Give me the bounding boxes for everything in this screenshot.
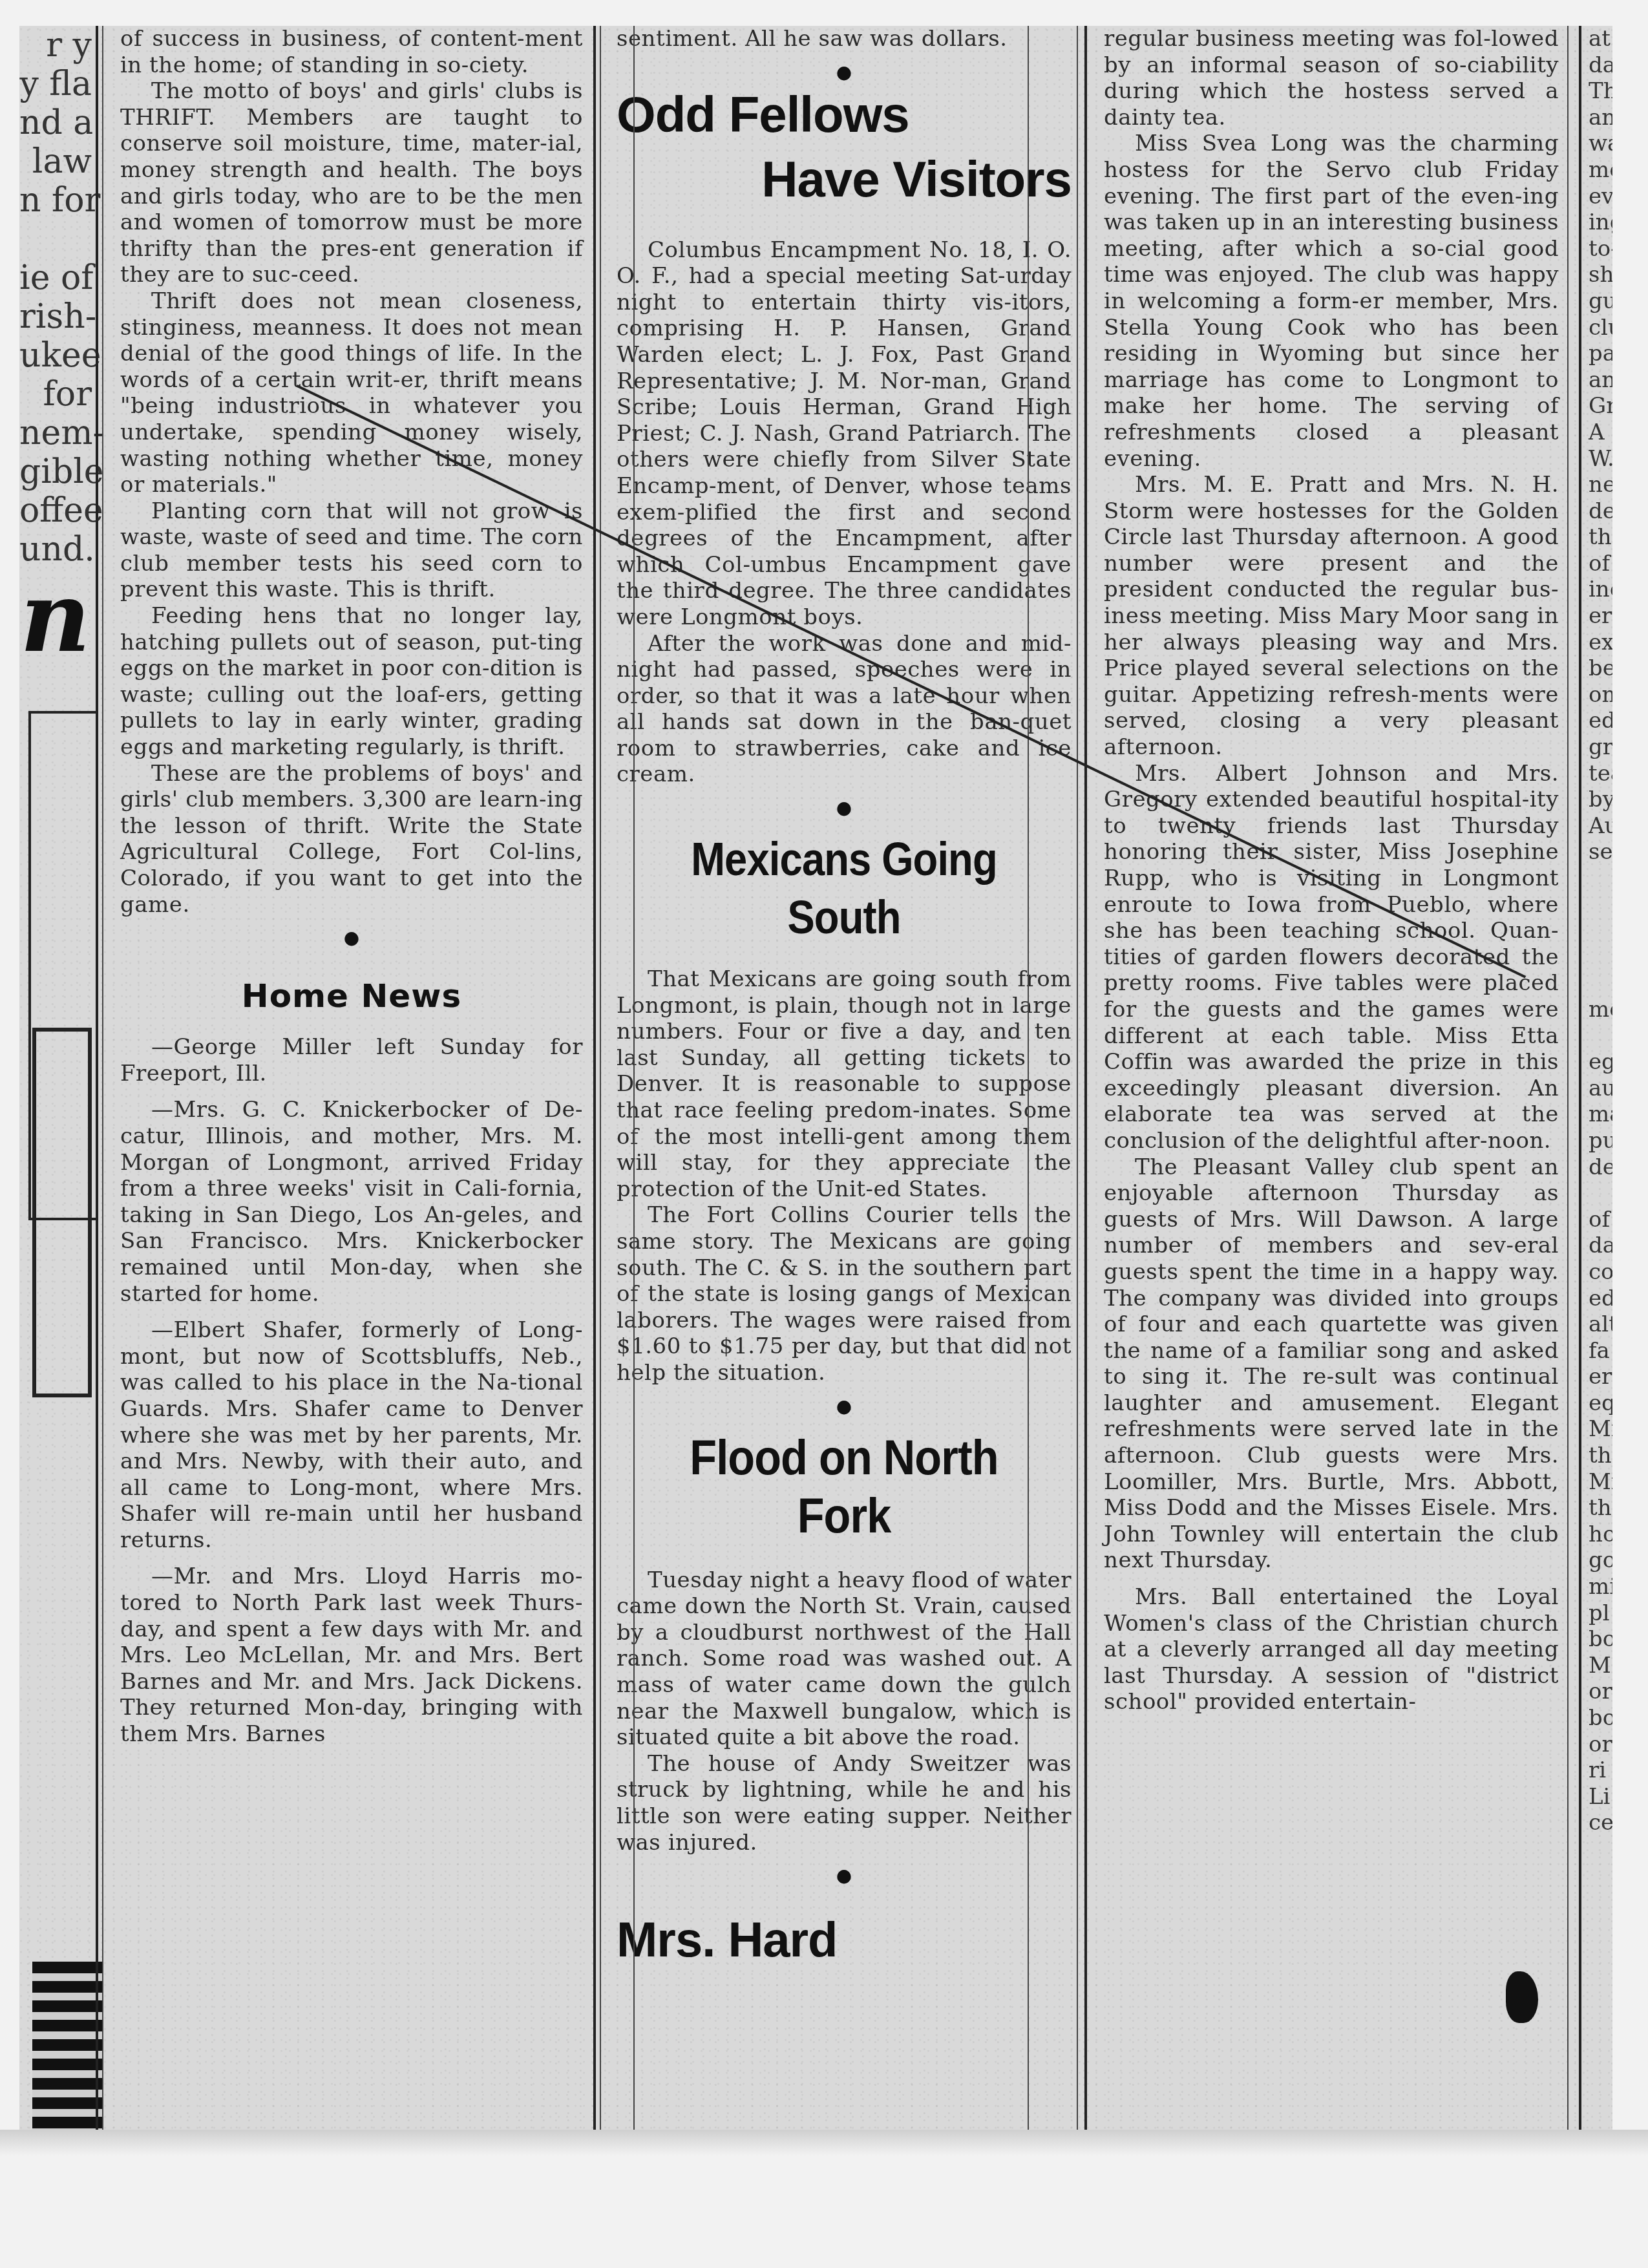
column-rule bbox=[1084, 26, 1087, 2130]
column-1: of success in business, of content-ment … bbox=[109, 26, 595, 2130]
fragment-line bbox=[1583, 1023, 1612, 1050]
decorative-letter: n bbox=[19, 569, 97, 666]
fragment-line: tea bbox=[1583, 761, 1612, 787]
fragment-line: r y bbox=[19, 26, 97, 65]
column-rule bbox=[1077, 26, 1078, 2130]
fragment-line: W. bbox=[1583, 446, 1612, 472]
column-rule bbox=[1579, 26, 1581, 2130]
fragment-line bbox=[19, 220, 97, 259]
news-item: —George Miller left Sunday for Freeport,… bbox=[120, 1034, 583, 1086]
fragment-line: om bbox=[1583, 682, 1612, 708]
headline-odd-fellows: Odd Fellows bbox=[617, 82, 1072, 147]
fragment-line: ine bbox=[1583, 577, 1612, 603]
article-paragraph: Mrs. M. E. Pratt and Mrs. N. H. Storm we… bbox=[1104, 472, 1559, 761]
fragment-line: clu bbox=[1583, 315, 1612, 341]
fragment-line: or bbox=[1583, 1679, 1612, 1705]
fragment-line: ukee bbox=[19, 336, 97, 375]
fragment-line: nem- bbox=[19, 414, 97, 452]
column-3: regular business meeting was fol-lowed b… bbox=[1092, 26, 1570, 2130]
fragment-line: ing bbox=[1583, 209, 1612, 236]
fragment-line: wa bbox=[1583, 131, 1612, 157]
column-rule bbox=[96, 26, 98, 2130]
fragment-line: ho bbox=[1583, 1521, 1612, 1548]
fragment-line: er's bbox=[1583, 603, 1612, 630]
right-fragment-column: atdayThandwameeveingto-shogueclupaandGre… bbox=[1583, 26, 1612, 2130]
fragment-line: and bbox=[1583, 105, 1612, 131]
fragment-line: for bbox=[19, 375, 97, 414]
fragment-line: ber bbox=[1583, 655, 1612, 682]
section-separator-dot: ● bbox=[120, 928, 583, 948]
fragment-line: y fla bbox=[19, 65, 97, 103]
fragment-line: eve bbox=[1583, 184, 1612, 210]
section-heading-home-news: Home News bbox=[120, 977, 583, 1015]
fragment-line: gue bbox=[1583, 288, 1612, 315]
fragment-line: nel bbox=[1583, 472, 1612, 498]
fragment-line: of t bbox=[1583, 551, 1612, 577]
fragment-line: day bbox=[1583, 52, 1612, 79]
greek-key-border bbox=[32, 1962, 103, 2130]
fragment-line: ri bbox=[1583, 1757, 1612, 1784]
fragment-line: go bbox=[1583, 1547, 1612, 1574]
newspaper-scan: r yy fland alawn for ie ofrish-ukeeforne… bbox=[19, 26, 1612, 2130]
fragment-line: of bbox=[1583, 1207, 1612, 1233]
section-separator-dot: ● bbox=[617, 63, 1072, 82]
fragment-line: con bbox=[1583, 1259, 1612, 1286]
article-paragraph: Miss Svea Long was the charming hostess … bbox=[1104, 131, 1559, 472]
news-item: —Elbert Shafer, formerly of Long-mont, b… bbox=[120, 1317, 583, 1553]
headline-have-visitors: Have Visitors bbox=[617, 147, 1072, 211]
continued-text: regular business meeting was fol-lowed b… bbox=[1104, 26, 1559, 131]
fragment-line: Li bbox=[1583, 1784, 1612, 1810]
fragment-line: nd a bbox=[19, 103, 97, 142]
left-fragment-lines: r yy fland alawn for ie ofrish-ukeeforne… bbox=[19, 26, 97, 569]
fragment-line: and bbox=[1583, 367, 1612, 394]
column-2: sentiment. All he saw was dollars. ● Odd… bbox=[605, 26, 1083, 2130]
fragment-line: pl bbox=[1583, 1600, 1612, 1627]
article-paragraph: Mrs. Ball entertained the Loyal Women's … bbox=[1104, 1584, 1559, 1715]
column-rule bbox=[600, 26, 601, 2130]
fragment-line: sho bbox=[1583, 262, 1612, 288]
fragment-line: th bbox=[1583, 1495, 1612, 1521]
section-separator-dot: ● bbox=[617, 1397, 1072, 1416]
fragment-line bbox=[1583, 1180, 1612, 1207]
fragment-line: ce bbox=[1583, 1810, 1612, 1836]
fragment-line: der bbox=[1583, 498, 1612, 525]
fragment-line: gible bbox=[19, 452, 97, 491]
fragment-line: law bbox=[19, 142, 97, 181]
right-fragment-lines: atdayThandwameeveingto-shogueclupaandGre… bbox=[1583, 26, 1612, 1836]
fragment-line: Mi bbox=[1583, 1416, 1612, 1443]
fragment-line: exe bbox=[1583, 630, 1612, 656]
fragment-line: da bbox=[1583, 1233, 1612, 1259]
article-paragraph: These are the problems of boys' and girl… bbox=[120, 761, 583, 918]
article-paragraph: Mrs. Albert Johnson and Mrs. Gregory ext… bbox=[1104, 761, 1559, 1154]
fragment-line: alt bbox=[1583, 1311, 1612, 1338]
page-edge-shadow bbox=[0, 2130, 1648, 2156]
headline-mexicans-going-south: Mexicans Going South bbox=[644, 831, 1044, 947]
news-item: —Mr. and Mrs. Lloyd Harris mo-tored to N… bbox=[120, 1563, 583, 1747]
article-paragraph: Thrift does not mean closeness, stingine… bbox=[120, 288, 583, 498]
article-paragraph: The motto of boys' and girls' clubs is T… bbox=[120, 78, 583, 288]
fragment-line: Th bbox=[1583, 78, 1612, 105]
fragment-line: me bbox=[1583, 997, 1612, 1023]
fragment-line: fa bbox=[1583, 1338, 1612, 1364]
fragment-line bbox=[1583, 892, 1612, 918]
fragment-line: pa bbox=[1583, 341, 1612, 367]
fragment-line: ed bbox=[1583, 708, 1612, 734]
fragment-line: bo bbox=[1583, 1626, 1612, 1653]
fragment-line: M bbox=[1583, 1653, 1612, 1679]
fragment-line: au bbox=[1583, 1076, 1612, 1102]
fragment-line: mi bbox=[1583, 1574, 1612, 1600]
fragment-line: bo bbox=[1583, 1705, 1612, 1732]
article-paragraph: The house of Andy Sweitzer was struck by… bbox=[617, 1751, 1072, 1856]
section-separator-dot: ● bbox=[617, 1866, 1072, 1885]
article-paragraph: After the work was done and mid-night ha… bbox=[617, 631, 1072, 789]
scan-artifact-line bbox=[1028, 26, 1029, 2130]
fragment-line: to- bbox=[1583, 236, 1612, 262]
fragment-line: ie of bbox=[19, 259, 97, 297]
fragment-line: ser bbox=[1583, 839, 1612, 865]
fragment-line: n for bbox=[19, 181, 97, 220]
fragment-line: ma bbox=[1583, 1101, 1612, 1128]
fragment-line bbox=[1583, 944, 1612, 971]
ad-box-border-outer bbox=[28, 711, 98, 1220]
article-paragraph: Feeding hens that no longer lay, hatchin… bbox=[120, 603, 583, 761]
section-separator-dot: ● bbox=[617, 798, 1072, 818]
fragment-line: th bbox=[1583, 1443, 1612, 1469]
column-rule bbox=[1567, 26, 1569, 2130]
article-paragraph: That Mexicans are going south from Longm… bbox=[617, 966, 1072, 1202]
fragment-line: the bbox=[1583, 524, 1612, 551]
article-paragraph: The Fort Collins Courier tells the same … bbox=[617, 1202, 1072, 1386]
article-paragraph: The Pleasant Valley club spent an enjoya… bbox=[1104, 1154, 1559, 1574]
fragment-line: Au bbox=[1583, 813, 1612, 840]
continued-text: sentiment. All he saw was dollars. bbox=[617, 26, 1072, 52]
fragment-line: ers bbox=[1583, 1364, 1612, 1390]
left-fragment-column: r yy fland alawn for ie ofrish-ukeeforne… bbox=[19, 26, 97, 2130]
column-rule bbox=[593, 26, 596, 2130]
fragment-line: Gre bbox=[1583, 393, 1612, 419]
column-rule bbox=[102, 26, 103, 2130]
fragment-line bbox=[1583, 865, 1612, 892]
fragment-line: rish- bbox=[19, 297, 97, 336]
fragment-line: de. bbox=[1583, 1154, 1612, 1181]
news-item: —Mrs. G. C. Knickerbocker of De-catur, I… bbox=[120, 1097, 583, 1307]
fragment-line: or bbox=[1583, 1732, 1612, 1758]
fragment-line: ed bbox=[1583, 1286, 1612, 1312]
headline-mrs-hard: Mrs. Hard bbox=[617, 1911, 1072, 1969]
fragment-line: offee bbox=[19, 491, 97, 530]
article-paragraph: Tuesday night a heavy flood of water cam… bbox=[617, 1567, 1072, 1751]
fragment-line: A bbox=[1583, 419, 1612, 446]
scan-artifact-line bbox=[633, 26, 635, 2130]
continued-text: of success in business, of content-ment … bbox=[120, 26, 583, 78]
fragment-line bbox=[1583, 970, 1612, 997]
fragment-line: me bbox=[1583, 157, 1612, 184]
headline-flood-on-north-fork: Flood on North Fork bbox=[639, 1429, 1049, 1545]
fragment-line: pu bbox=[1583, 1128, 1612, 1154]
fragment-line: eg bbox=[1583, 1049, 1612, 1076]
fragment-line: at bbox=[1583, 26, 1612, 52]
fragment-line: Mi bbox=[1583, 1469, 1612, 1496]
fragment-line: eq bbox=[1583, 1390, 1612, 1417]
article-paragraph: Planting corn that will not grow is wast… bbox=[120, 498, 583, 603]
fragment-line: gra bbox=[1583, 734, 1612, 761]
fragment-line: by bbox=[1583, 787, 1612, 813]
fragment-line bbox=[1583, 918, 1612, 944]
